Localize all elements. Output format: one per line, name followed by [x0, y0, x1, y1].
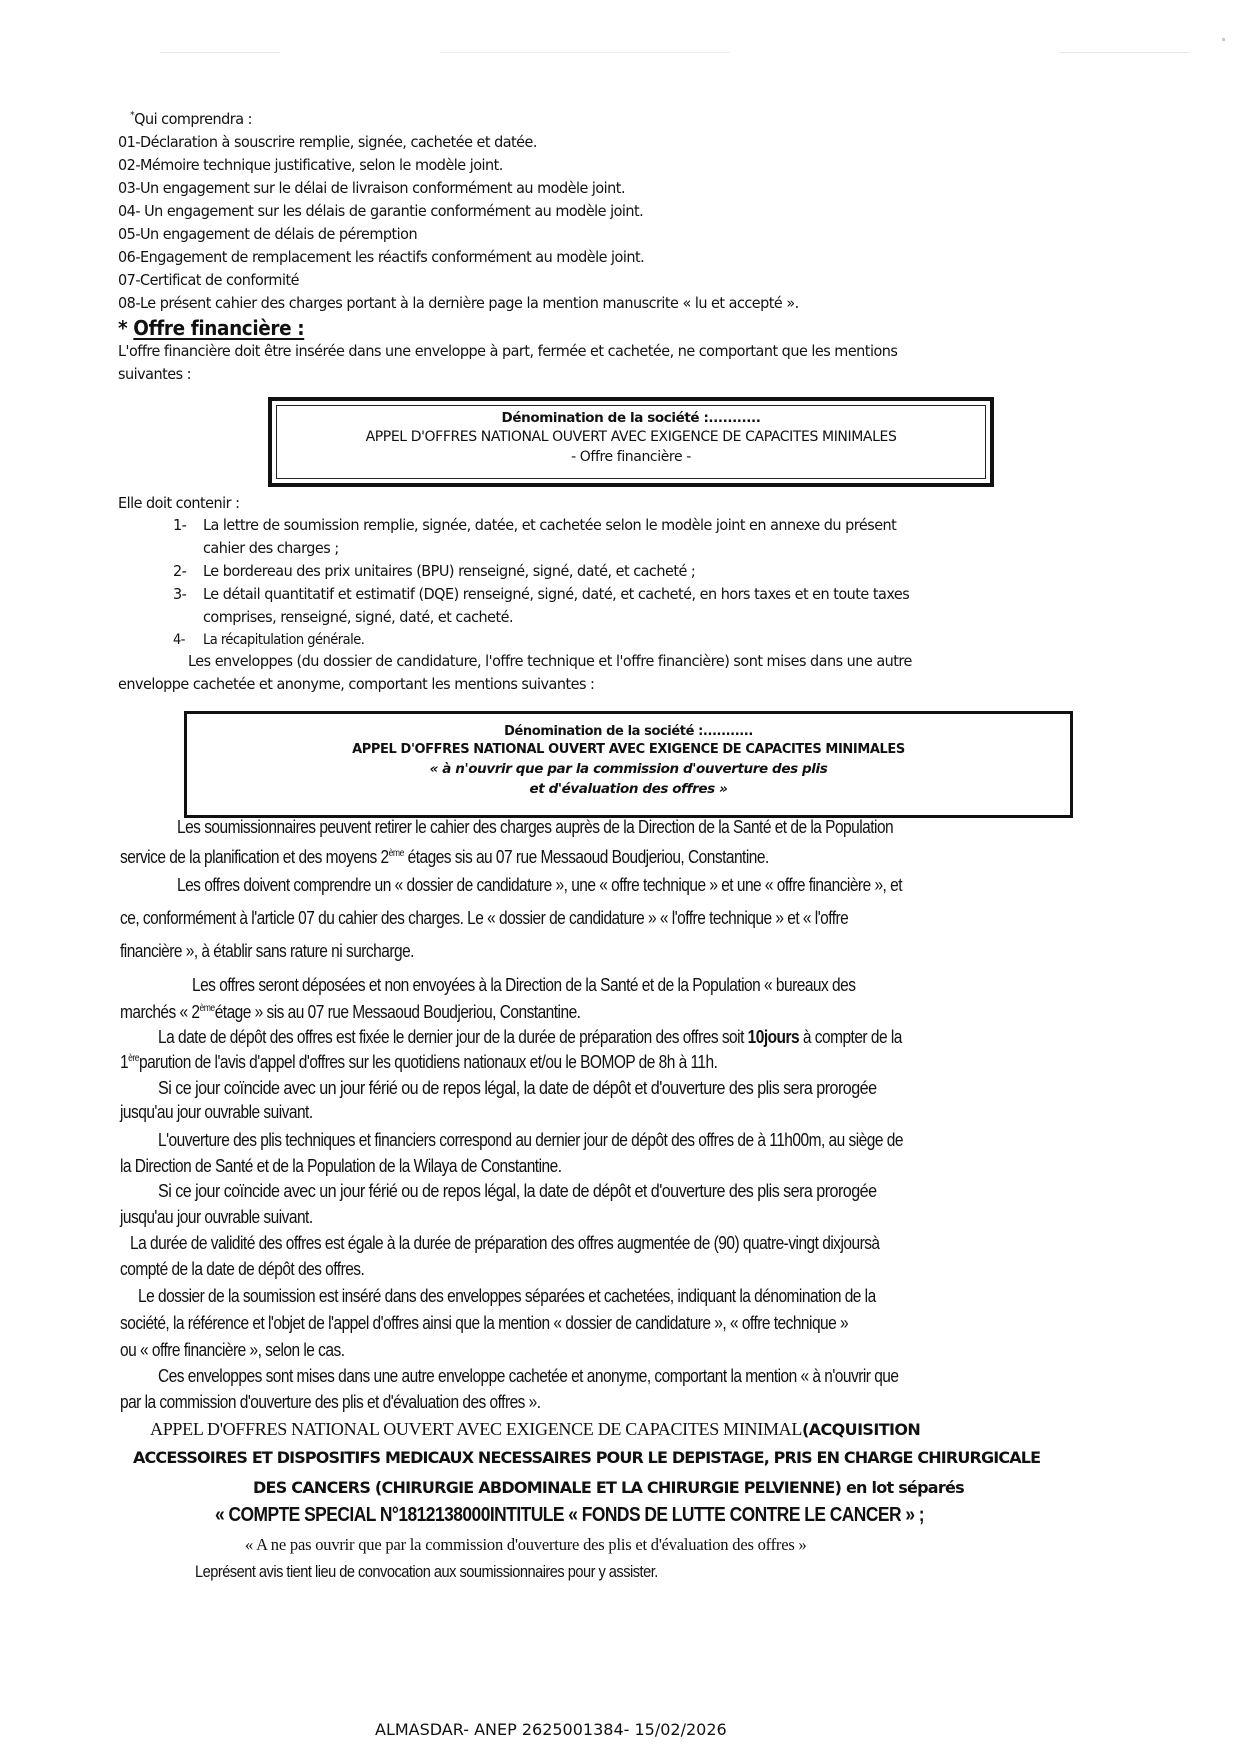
closing-bold-text: (ACQUISITION — [802, 1420, 920, 1439]
heading-marker: * — [118, 316, 127, 340]
financial-item-text: La récapitulation générale. — [203, 632, 364, 648]
closing-title-line: APPEL D'OFFRES NATIONAL OUVERT AVEC EXIG… — [150, 1419, 920, 1440]
financial-heading: * Offre financière : — [118, 316, 304, 340]
paragraph-line: Ces enveloppes sont mises dans une autre… — [158, 1366, 898, 1387]
closing-object-line: DES CANCERS (CHIRURGIE ABDOMINALE ET LA … — [253, 1478, 964, 1497]
outer-envelope-label-box: Dénomination de la société :........... … — [184, 711, 1073, 818]
intro-line: *Qui comprendra : — [130, 110, 252, 128]
text: à compter de la — [799, 1027, 902, 1047]
technical-item: 04- Un engagement sur les délais de gara… — [118, 202, 643, 220]
paragraph-line: Les soumissionnaires peuvent retirer le … — [177, 817, 893, 838]
envelopes-line: Les enveloppes (du dossier de candidatur… — [188, 652, 912, 670]
do-not-open-notice: « A ne pas ouvrir que par la commission … — [245, 1535, 807, 1555]
paragraph-line: Si ce jour coïncide avec un jour férié o… — [158, 1181, 876, 1202]
paragraph-line: L'ouverture des plis techniques et finan… — [158, 1130, 903, 1151]
financial-item-text: comprises, renseigné, signé, daté, et ca… — [203, 608, 513, 626]
paragraph-line: financière », à établir sans rature ni s… — [120, 941, 414, 962]
paragraph-line: marchés « 2èmeétage » sis au 07 rue Mess… — [120, 1002, 580, 1023]
convocation-notice: Leprésent avis tient lieu de convocation… — [195, 1562, 658, 1582]
scanned-page: *Qui comprendra : 01-Déclaration à sousc… — [0, 0, 1241, 1754]
paragraph-line: La date de dépôt des offres est fixée le… — [158, 1027, 902, 1048]
text: parution de l'avis d'appel d'offres sur … — [139, 1052, 717, 1072]
financial-item-number: 3- — [173, 585, 186, 603]
text: La date de dépôt des offres est fixée le… — [158, 1027, 748, 1047]
financial-item-text: cahier des charges ; — [203, 539, 339, 557]
technical-item: 08-Le présent cahier des charges portant… — [118, 294, 799, 312]
text: service de la planification et des moyen… — [120, 847, 389, 867]
scan-artifact — [1060, 52, 1190, 53]
superscript: ème — [389, 848, 404, 859]
paragraph-line: 1èreparution de l'avis d'appel d'offres … — [120, 1052, 717, 1073]
envelopes-line: enveloppe cachetée et anonyme, comportan… — [118, 675, 594, 693]
financial-item-text: Le bordereau des prix unitaires (BPU) re… — [203, 562, 695, 580]
financial-item-number: 1- — [173, 516, 186, 534]
financial-envelope-label-inner: Dénomination de la société :........... … — [276, 405, 986, 479]
financial-item-text: Le détail quantitatif et estimatif (DQE)… — [203, 585, 909, 603]
financial-intro-line: L'offre financière doit être insérée dan… — [118, 342, 897, 360]
envelope-type-line: - Offre financière - — [277, 449, 985, 465]
text: étage » sis au 07 rue Messaoud Boudjerio… — [215, 1002, 581, 1022]
tender-title-line: APPEL D'OFFRES NATIONAL OUVERT AVEC EXIG… — [277, 429, 985, 445]
paragraph-line: Le dossier de la soumission est inséré d… — [138, 1286, 876, 1307]
financial-item-text: La lettre de soumission remplie, signée,… — [203, 516, 896, 534]
technical-item: 05-Un engagement de délais de péremption — [118, 225, 417, 243]
closing-object-line: ACCESSOIRES ET DISPOSITIFS MEDICAUX NECE… — [133, 1448, 1040, 1467]
technical-item: 06-Engagement de remplacement les réacti… — [118, 248, 644, 266]
paragraph-line: Si ce jour coïncide avec un jour férié o… — [158, 1078, 876, 1099]
text: marchés « 2 — [120, 1002, 200, 1022]
paragraph-line: jusqu'au jour ouvrable suivant. — [120, 1102, 313, 1123]
financial-item-number: 2- — [173, 562, 186, 580]
paragraph-line: Les offres seront déposées et non envoyé… — [192, 975, 855, 996]
scan-artifact — [160, 52, 280, 53]
tender-title-line: APPEL D'OFFRES NATIONAL OUVERT AVEC EXIG… — [187, 742, 1070, 757]
company-name-line: Dénomination de la société :........... — [277, 410, 985, 426]
closing-serif-text: APPEL D'OFFRES NATIONAL OUVERT AVEC EXIG… — [150, 1419, 802, 1439]
technical-item: 01-Déclaration à souscrire remplie, sign… — [118, 133, 537, 151]
paragraph-line: service de la planification et des moyen… — [120, 847, 769, 868]
company-name-line: Dénomination de la société :........... — [187, 724, 1070, 739]
paragraph-line: ou « offre financière », selon le cas. — [120, 1340, 345, 1361]
do-not-open-line: « à n'ouvrir que par la commission d'ouv… — [187, 761, 1070, 777]
technical-item: 03-Un engagement sur le délai de livrais… — [118, 179, 625, 197]
paragraph-line: compté de la date de dépôt des offres. — [120, 1259, 364, 1280]
financial-intro-line: suivantes : — [118, 365, 191, 383]
paragraph-line: ce, conformément à l'article 07 du cahie… — [120, 908, 848, 929]
intro-label: Qui comprendra : — [134, 110, 252, 128]
paragraph-line: la Direction de Santé et de la Populatio… — [120, 1156, 561, 1177]
do-not-open-line: et d'évaluation des offres » — [187, 781, 1070, 797]
paragraph-line: jusqu'au jour ouvrable suivant. — [120, 1207, 313, 1228]
paragraph-line: par la commission d'ouverture des plis e… — [120, 1392, 541, 1413]
scan-artifact — [440, 52, 730, 53]
technical-item: 02-Mémoire technique justificative, selo… — [118, 156, 503, 174]
deadline-days: 10jours — [748, 1027, 799, 1047]
paragraph-line: La durée de validité des offres est égal… — [130, 1233, 880, 1254]
publication-footer: ALMASDAR- ANEP 2625001384- 15/02/2026 — [375, 1720, 727, 1739]
superscript: ème — [200, 1003, 215, 1014]
superscript: ère — [128, 1053, 139, 1064]
scan-artifact — [1222, 38, 1225, 41]
technical-item: 07-Certificat de conformité — [118, 271, 299, 289]
special-account-line: « COMPTE SPECIAL N°1812138000INTITULE « … — [215, 1504, 924, 1527]
financial-item-number: 4- — [173, 632, 185, 648]
paragraph-line: société, la référence et l'objet de l'ap… — [120, 1313, 848, 1334]
text: DES CANCERS (CHIRURGIE ABDOMINALE ET LA … — [253, 1478, 964, 1497]
contents-label: Elle doit contenir : — [118, 494, 239, 512]
heading-text: Offre financière : — [133, 316, 304, 340]
paragraph-line: Les offres doivent comprendre un « dossi… — [177, 875, 902, 896]
text: étages sis au 07 rue Messaoud Boudjeriou… — [404, 847, 769, 867]
